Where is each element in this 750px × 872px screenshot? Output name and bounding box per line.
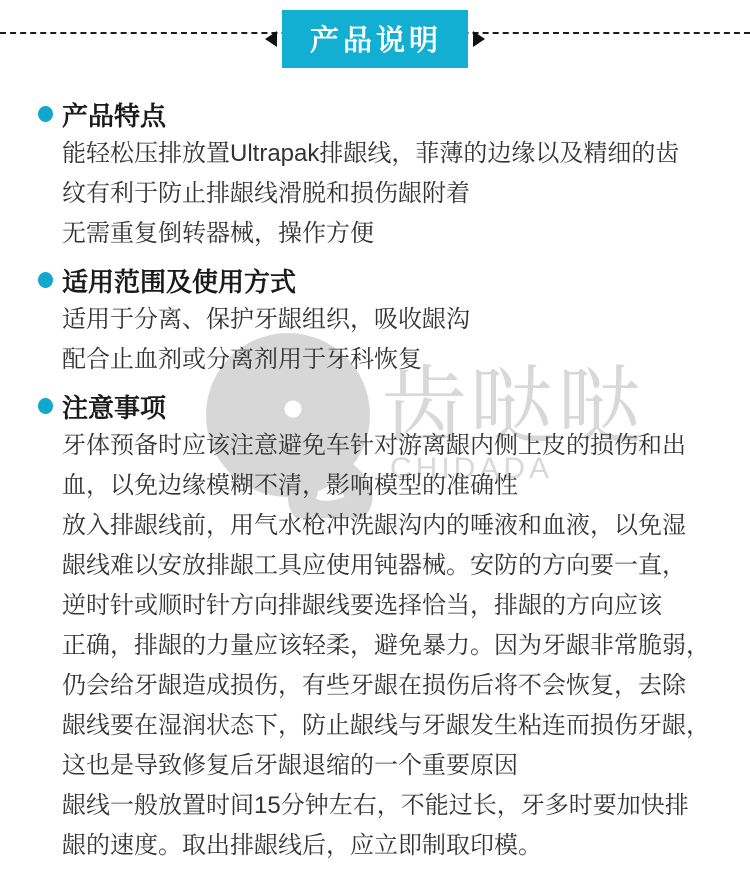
- section-heading-precautions: 注意事项: [38, 386, 730, 426]
- section-heading-features: 产品特点: [38, 94, 730, 134]
- section-heading-label: 产品特点: [62, 96, 166, 133]
- precaution-line: 龈线要在湿润状态下，防止龈线与牙龈发生粘连而损伤牙龈，: [38, 706, 730, 746]
- precaution-line: 逆时针或顺时针方向排龈线要选择恰当，排龈的方向应该: [38, 586, 730, 626]
- feature-line: 无需重复倒转器械，操作方便: [38, 214, 730, 254]
- bullet-dot-icon: [38, 398, 53, 414]
- precaution-line: 龈线一般放置时间15分钟左右，不能过长，牙多时要加快排: [38, 786, 730, 826]
- bullet-dot-icon: [38, 272, 53, 288]
- page-title: 产品说明: [282, 10, 468, 68]
- usage-line: 配合止血剂或分离剂用于牙科恢复: [38, 340, 730, 380]
- arrow-left-icon: [265, 31, 277, 47]
- feature-line: 能轻松压排放置Ultrapak排龈线，菲薄的边缘以及精细的齿: [38, 134, 730, 174]
- arrow-right-icon: [473, 31, 485, 47]
- precaution-line: 龈线难以安放排龈工具应使用钝器械。安防的方向要一直，: [38, 546, 730, 586]
- precaution-line: 放入排龈线前，用气水枪冲洗龈沟内的唾液和血液，以免湿: [38, 506, 730, 546]
- precaution-line: 牙体预备时应该注意避免车针对游离龈内侧上皮的损伤和出: [38, 426, 730, 466]
- section-heading-label: 注意事项: [62, 388, 166, 425]
- feature-line: 纹有利于防止排龈线滑脱和损伤龈附着: [38, 174, 730, 214]
- precaution-line: 仍会给牙龈造成损伤，有些牙龈在损伤后将不会恢复，去除: [38, 666, 730, 706]
- precaution-line: 龈的速度。取出排龈线后，应立即制取印模。: [38, 826, 730, 866]
- section-ribbon-header: 产品说明: [0, 0, 750, 78]
- precaution-line: 血，以免边缘模糊不清，影响模型的准确性: [38, 466, 730, 506]
- section-heading-usage: 适用范围及使用方式: [38, 260, 730, 300]
- bullet-dot-icon: [38, 106, 53, 122]
- ribbon-row: 产品说明: [0, 10, 750, 68]
- usage-line: 适用于分离、保护牙龈组织，吸收龈沟: [38, 300, 730, 340]
- product-description-page: 齿哒哒 CHIDADA 产品说明 产品特点 能轻松压排放置Ultrapak排龈线…: [0, 0, 750, 872]
- description-content: 产品特点 能轻松压排放置Ultrapak排龈线，菲薄的边缘以及精细的齿 纹有利于…: [0, 94, 750, 866]
- section-heading-label: 适用范围及使用方式: [62, 262, 296, 299]
- precaution-line: 这也是导致修复后牙龈退缩的一个重要原因: [38, 746, 730, 786]
- precaution-line: 正确，排龈的力量应该轻柔，避免暴力。因为牙龈非常脆弱，: [38, 626, 730, 666]
